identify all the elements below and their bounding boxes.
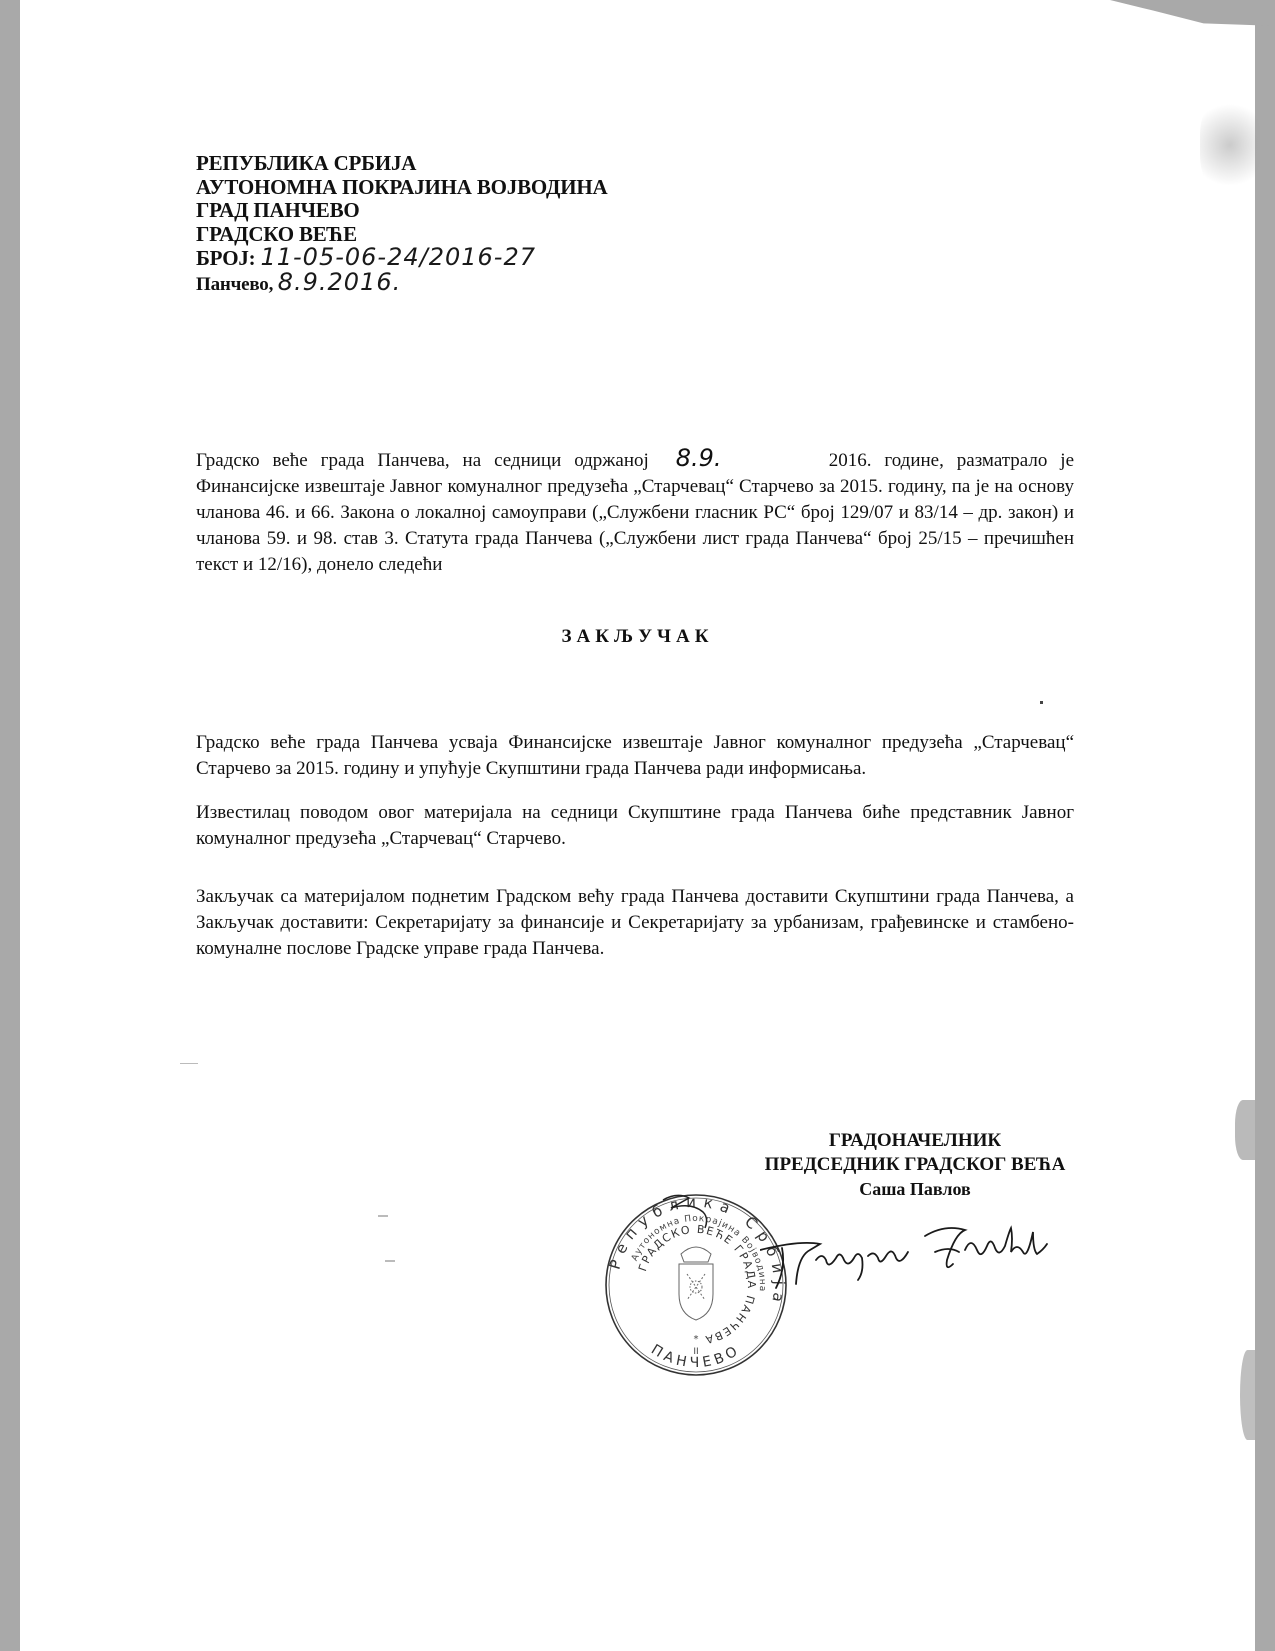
svg-text:*: * <box>694 1334 699 1345</box>
document-number: БРОЈ: 11-05-06-24/2016-27 <box>196 246 607 271</box>
scan-noise <box>180 1063 198 1064</box>
intro-paragraph: Градско веће града Панчева, на седници о… <box>196 448 1074 578</box>
header-country: РЕПУБЛИКА СРБИЈА <box>196 152 607 176</box>
scan-noise <box>378 1215 388 1217</box>
document-page: РЕПУБЛИКА СРБИЈА АУТОНОМНА ПОКРАЈИНА ВОЈ… <box>20 0 1255 1651</box>
signatory-title-president: ПРЕДСЕДНИК ГРАДСКОГ ВЕЋА <box>720 1153 1110 1177</box>
signature-block: ГРАДОНАЧЕЛНИК ПРЕДСЕДНИК ГРАДСКОГ ВЕЋА С… <box>720 1129 1110 1201</box>
place-label: Панчево, <box>196 274 273 295</box>
document-title: ЗАКЉУЧАК <box>20 626 1255 648</box>
svg-text:II: II <box>693 1347 698 1357</box>
scan-shadow <box>1110 0 1275 26</box>
scan-noise <box>1040 701 1043 704</box>
scan-noise <box>1200 95 1260 195</box>
header-province: АУТОНОМНА ПОКРАЈИНА ВОЈВОДИНА <box>196 176 607 200</box>
document-number-label: БРОЈ: <box>196 246 255 270</box>
document-header: РЕПУБЛИКА СРБИЈА АУТОНОМНА ПОКРАЈИНА ВОЈ… <box>196 152 607 296</box>
conclusion-paragraph-2: Известилац поводом овог материјала на се… <box>196 800 1074 852</box>
conclusion-paragraph-1: Градско веће града Панчева усваја Финанс… <box>196 730 1074 782</box>
svg-text:ГРАДСКО ВЕЋЕ ГРАДА ПАНЧЕВА: ГРАДСКО ВЕЋЕ ГРАДА ПАНЧЕВА <box>636 1223 758 1347</box>
scan-shadow <box>1240 1350 1255 1440</box>
date-handwritten: 8.9.2016. <box>278 268 402 296</box>
scan-noise <box>385 1260 395 1262</box>
intro-text-start: Градско веће града Панчева, на седници о… <box>196 450 649 471</box>
header-city: ГРАД ПАНЧЕВО <box>196 199 607 223</box>
place-date: Панчево, 8.9.2016. <box>196 271 607 297</box>
signatory-title-mayor: ГРАДОНАЧЕЛНИК <box>720 1129 1110 1153</box>
scan-shadow <box>1235 1100 1255 1160</box>
handwritten-signature-icon <box>760 1220 1100 1290</box>
conclusion-paragraph-3: Закључак са материјалом поднетим Градско… <box>196 884 1074 962</box>
intro-handwritten-date: 8.9. <box>662 448 816 468</box>
